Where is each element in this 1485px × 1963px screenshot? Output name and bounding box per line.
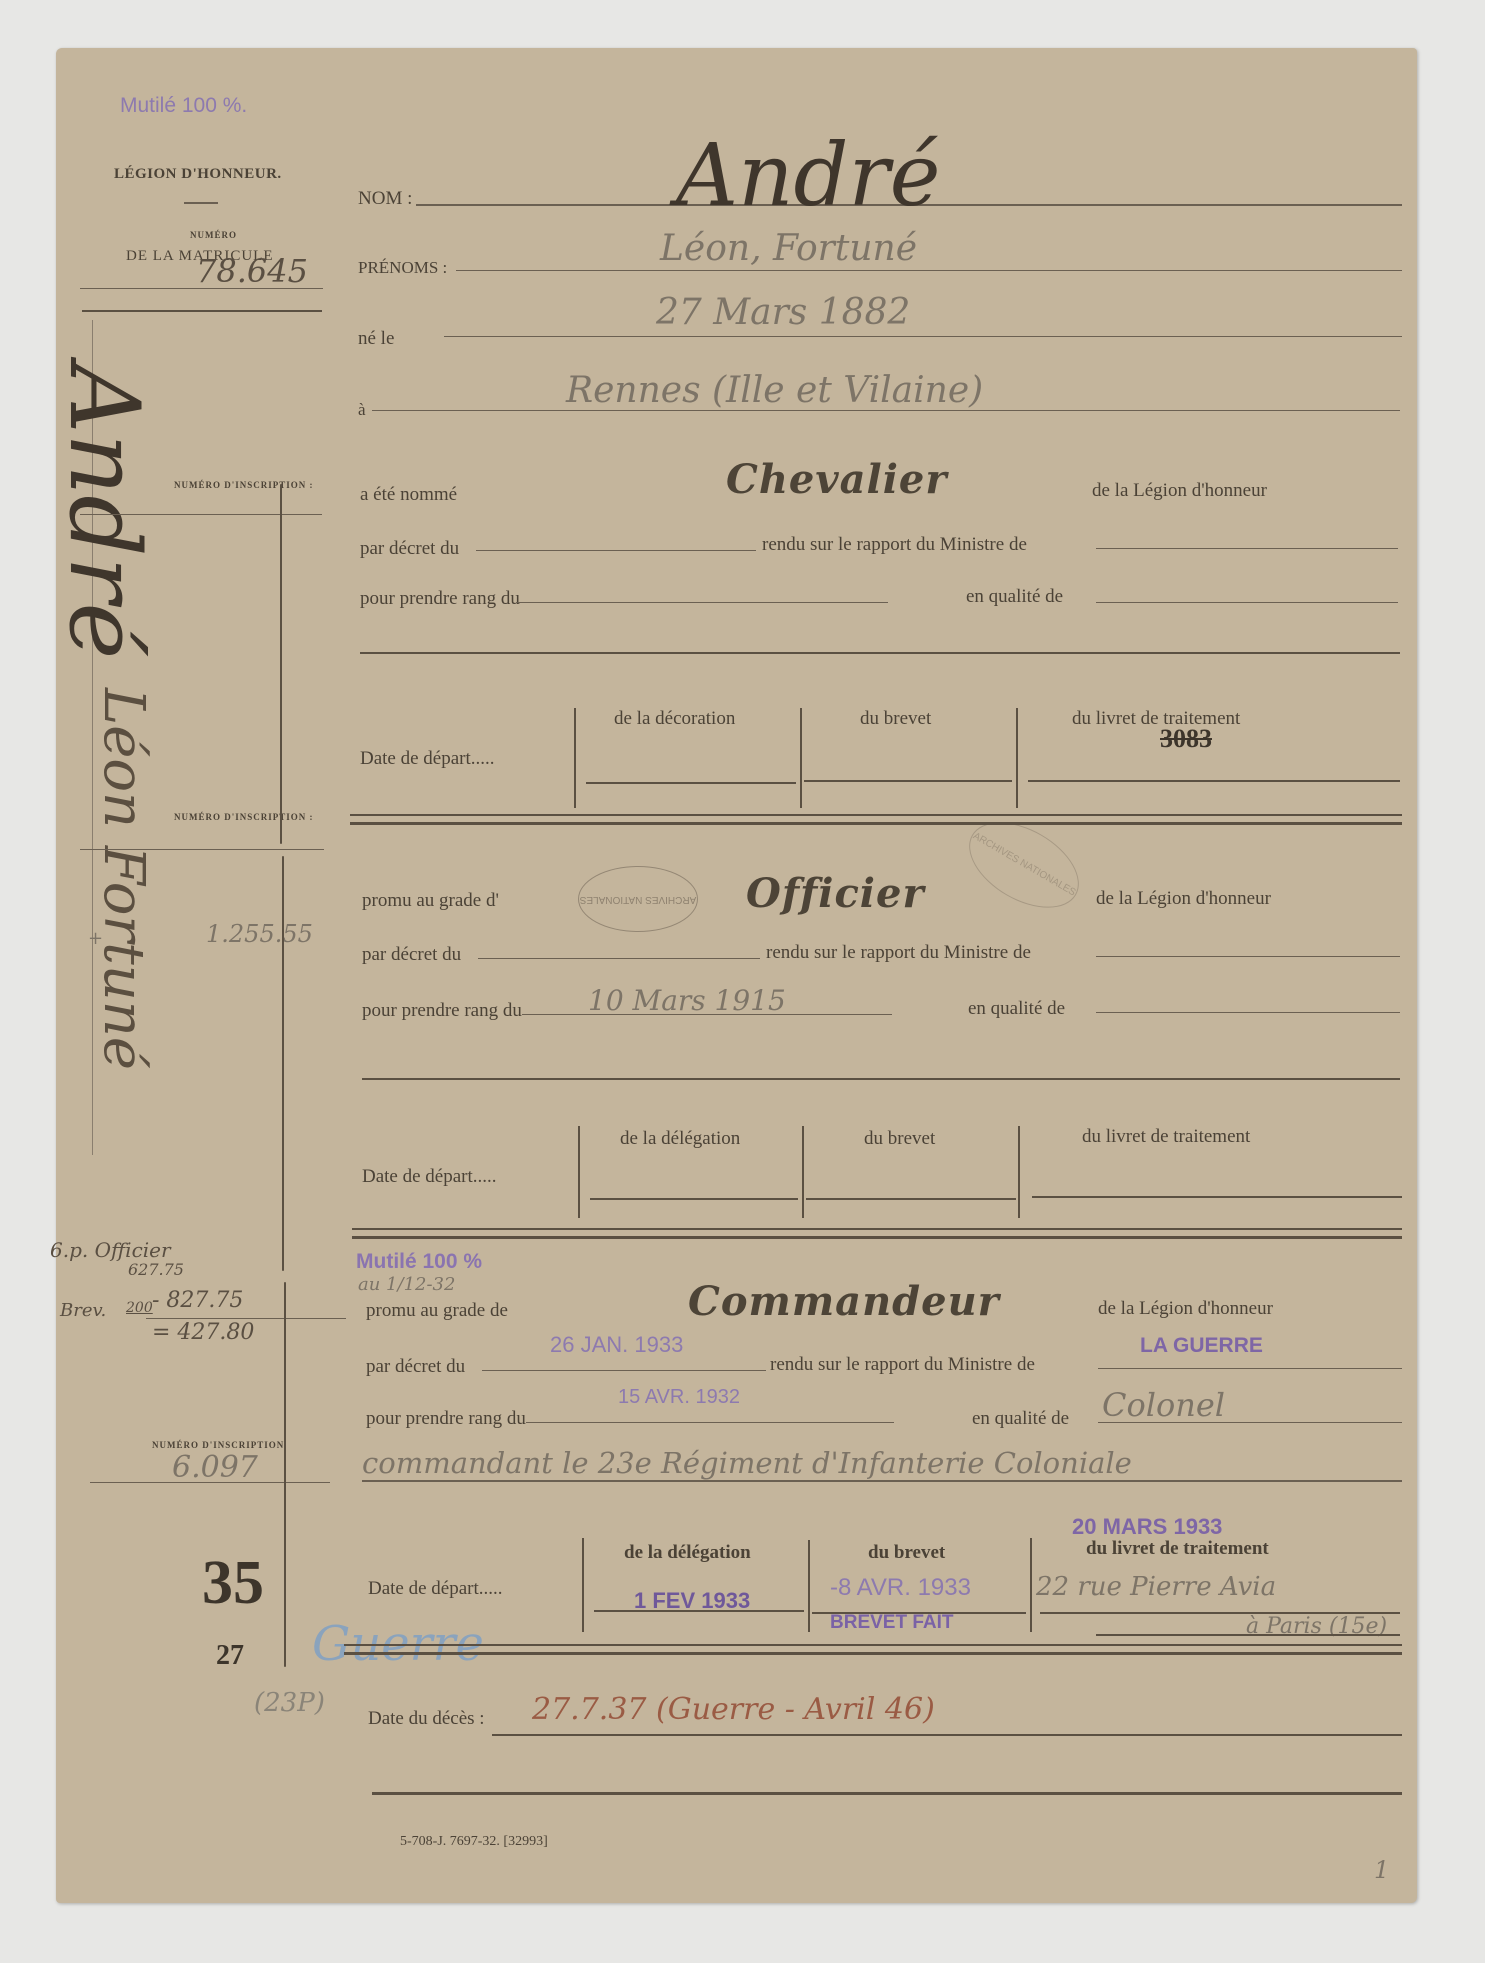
- inscription-underline-3: [90, 1482, 330, 1483]
- chevalier-col3-label: du livret de traitement: [1072, 708, 1240, 730]
- commandeur-rapport-label: rendu sur le rapport du Ministre de: [770, 1354, 1035, 1376]
- commandeur-rang-line: [526, 1422, 894, 1423]
- note-plus: +: [88, 928, 103, 949]
- title-divider: [184, 202, 218, 204]
- chevalier-col2-line: [804, 780, 1012, 782]
- chevalier-suffix: de la Légion d'honneur: [1092, 480, 1267, 502]
- matricule-label-1: NUMÉRO: [190, 230, 237, 240]
- commandeur-col1-label: de la délégation: [624, 1542, 751, 1564]
- commandeur-col-divider-1: [808, 1540, 810, 1632]
- page-number: 1: [1374, 1856, 1389, 1884]
- pencil-note: (23P): [254, 1688, 325, 1718]
- a-value: Rennes (Ille et Vilaine): [566, 370, 983, 411]
- record-card: Mutilé 100 %. LÉGION D'HONNEUR. NUMÉRO D…: [56, 48, 1417, 1903]
- mutile-date: au 1/12-32: [358, 1274, 455, 1295]
- commandeur-rang-value: 15 AVR. 1932: [618, 1386, 740, 1409]
- commandeur-col1-line: [594, 1610, 804, 1612]
- small-number: 27: [216, 1640, 244, 1672]
- commandeur-qualite-continued-line: [362, 1480, 1402, 1482]
- commandeur-col2-label: du brevet: [868, 1542, 945, 1564]
- commandeur-grade: Commandeur: [688, 1278, 1000, 1325]
- vertical-firstnames: Léon Fortuné: [91, 688, 156, 1070]
- calc-line2-result: - 827.75: [152, 1288, 243, 1313]
- commandeur-col2-value: -8 AVR. 1933: [830, 1574, 971, 1602]
- inscription-label-2: NUMÉRO D'INSCRIPTION :: [174, 812, 314, 822]
- prenoms-line: [456, 270, 1402, 271]
- commandeur-decret-value: 26 JAN. 1933: [550, 1332, 683, 1358]
- commandeur-col3-label: du livret de traitement: [1086, 1538, 1269, 1560]
- inscription-label-3: NUMÉRO D'INSCRIPTION: [152, 1440, 284, 1450]
- chevalier-intro: a été nommé: [360, 484, 457, 506]
- chevalier-rang-line: [516, 602, 888, 603]
- commandeur-suffix: de la Légion d'honneur: [1098, 1298, 1273, 1320]
- officier-depart-label: Date de départ.....: [362, 1166, 497, 1188]
- matricule-double-rule: [82, 310, 322, 312]
- matricule-value: 78.645: [196, 252, 308, 290]
- chevalier-depart-label: Date de départ.....: [360, 748, 495, 770]
- ne-le-value: 27 Mars 1882: [656, 292, 910, 333]
- calc-line2-value: 200: [126, 1300, 153, 1316]
- officier-rapport-line: [1096, 956, 1400, 957]
- officier-blank-line: [362, 1078, 1400, 1080]
- commandeur-col3-line-2: [1096, 1634, 1400, 1636]
- inscription-label-1: NUMÉRO D'INSCRIPTION :: [174, 480, 314, 490]
- officier-qualite-label: en qualité de: [968, 998, 1065, 1020]
- chevalier-col2-label: du brevet: [860, 708, 931, 730]
- commandeur-qualite-value: Colonel: [1102, 1386, 1225, 1424]
- commandeur-col3-value-line1: 22 rue Pierre Avia: [1036, 1572, 1276, 1602]
- commandeur-rang-label: pour prendre rang du: [366, 1408, 526, 1430]
- officier-col2-line: [806, 1198, 1016, 1200]
- big-number: 35: [202, 1548, 264, 1619]
- commandeur-intro: promu au grade de: [366, 1300, 508, 1322]
- chevalier-col3-value: 3083: [1160, 724, 1212, 754]
- section-divider-2: [352, 1228, 1402, 1239]
- commandeur-decret-label: par décret du: [366, 1356, 465, 1378]
- officier-grade: Officier: [746, 870, 925, 917]
- commandeur-qualite-label: en qualité de: [972, 1408, 1069, 1430]
- mutile-stamp-top: Mutilé 100 %.: [120, 94, 247, 118]
- inscription-underline-1: [80, 514, 322, 515]
- mutile-stamp-commandeur: Mutilé 100 %: [356, 1250, 482, 1274]
- chevalier-decret-line: [476, 550, 756, 551]
- inscription-underline-2: [80, 849, 324, 850]
- officier-decret-label: par décret du: [362, 944, 461, 966]
- chevalier-rapport-label: rendu sur le rapport du Ministre de: [762, 534, 1027, 556]
- chevalier-rang-label: pour prendre rang du: [360, 588, 520, 610]
- deces-line: [492, 1734, 1402, 1736]
- chevalier-col1-line: [586, 782, 796, 784]
- brace-commandeur: [284, 1282, 286, 1667]
- officier-col3-label: du livret de traitement: [1082, 1126, 1250, 1148]
- commandeur-col2-stamp: BREVET FAIT: [830, 1612, 954, 1634]
- a-label: à: [358, 400, 366, 420]
- chevalier-col1-label: de la décoration: [614, 708, 735, 730]
- ne-le-label: né le: [358, 328, 394, 350]
- officier-col1-label: de la délégation: [620, 1128, 740, 1150]
- print-reference: 5-708-J. 7697-32. [32993]: [400, 1834, 548, 1850]
- chevalier-qualite-label: en qualité de: [966, 586, 1063, 608]
- calc-line1-value: 627.75: [128, 1260, 184, 1279]
- chevalier-qualite-line: [1096, 602, 1398, 603]
- officier-col-divider-1: [802, 1126, 804, 1218]
- nom-label: NOM :: [358, 188, 412, 210]
- chevalier-decret-label: par décret du: [360, 538, 459, 560]
- officier-col2-label: du brevet: [864, 1128, 935, 1150]
- footer-rule: [372, 1792, 1402, 1795]
- deces-label: Date du décès :: [368, 1708, 485, 1730]
- officier-rang-label: pour prendre rang du: [362, 1000, 522, 1022]
- matricule-underline: [80, 288, 323, 289]
- officier-qualite-line: [1096, 1012, 1400, 1013]
- prenoms-label: PRÉNOMS :: [358, 258, 447, 278]
- section-divider-3: [344, 1644, 1402, 1655]
- archives-stamp-left: ARCHIVES NATIONALES: [578, 866, 698, 932]
- officier-col3-line: [1032, 1196, 1402, 1198]
- chevalier-grade: Chevalier: [726, 456, 947, 503]
- commandeur-decret-line: [482, 1370, 766, 1371]
- officier-rapport-label: rendu sur le rapport du Ministre de: [766, 942, 1031, 964]
- calc-underline: [146, 1318, 346, 1319]
- chevalier-rapport-line: [1096, 548, 1398, 549]
- brace-chevalier: [280, 484, 282, 844]
- chevalier-col-divider-2: [1016, 708, 1018, 808]
- commandeur-livret-stamp-date: 20 MARS 1933: [1072, 1514, 1222, 1540]
- prenoms-value: Léon, Fortuné: [660, 228, 917, 269]
- note-amount: 1.255.55: [206, 920, 313, 948]
- commandeur-rapport-value: LA GUERRE: [1140, 1334, 1263, 1358]
- officier-col-divider-2: [1018, 1126, 1020, 1218]
- chevalier-col3-line: [1028, 780, 1400, 782]
- deces-value: 27.7.37 (Guerre - Avril 46): [532, 1692, 935, 1727]
- chevalier-col-divider-1: [800, 708, 802, 808]
- officier-rang-value: 10 Mars 1915: [588, 984, 786, 1017]
- brace-officier: [282, 856, 284, 1271]
- commandeur-rapport-line: [1098, 1368, 1402, 1369]
- commandeur-depart-brace: [582, 1538, 584, 1632]
- officier-intro: promu au grade d': [362, 890, 499, 912]
- officier-depart-brace: [578, 1126, 580, 1218]
- chevalier-depart-brace: [574, 708, 576, 808]
- legion-title: LÉGION D'HONNEUR.: [114, 166, 282, 183]
- officier-suffix: de la Légion d'honneur: [1096, 888, 1271, 910]
- calc-line1-label: 6.p. Officier: [50, 1238, 171, 1262]
- commandeur-depart-label: Date de départ.....: [368, 1578, 503, 1600]
- calc-line2-label: Brev.: [60, 1300, 106, 1321]
- ne-le-line: [444, 336, 1402, 337]
- commandeur-qualite-continued: commandant le 23e Régiment d'Infanterie …: [362, 1446, 1132, 1480]
- inscription-value-3: 6.097: [172, 1450, 258, 1485]
- calc-total: = 427.80: [152, 1320, 254, 1345]
- commandeur-col-divider-2: [1030, 1538, 1032, 1632]
- vertical-surname: André: [48, 364, 160, 659]
- officier-col1-line: [590, 1198, 798, 1200]
- section-divider-1: [350, 814, 1402, 825]
- chevalier-blank-line: [360, 652, 1400, 654]
- nom-value: André: [676, 126, 941, 226]
- officier-decret-line: [478, 958, 760, 959]
